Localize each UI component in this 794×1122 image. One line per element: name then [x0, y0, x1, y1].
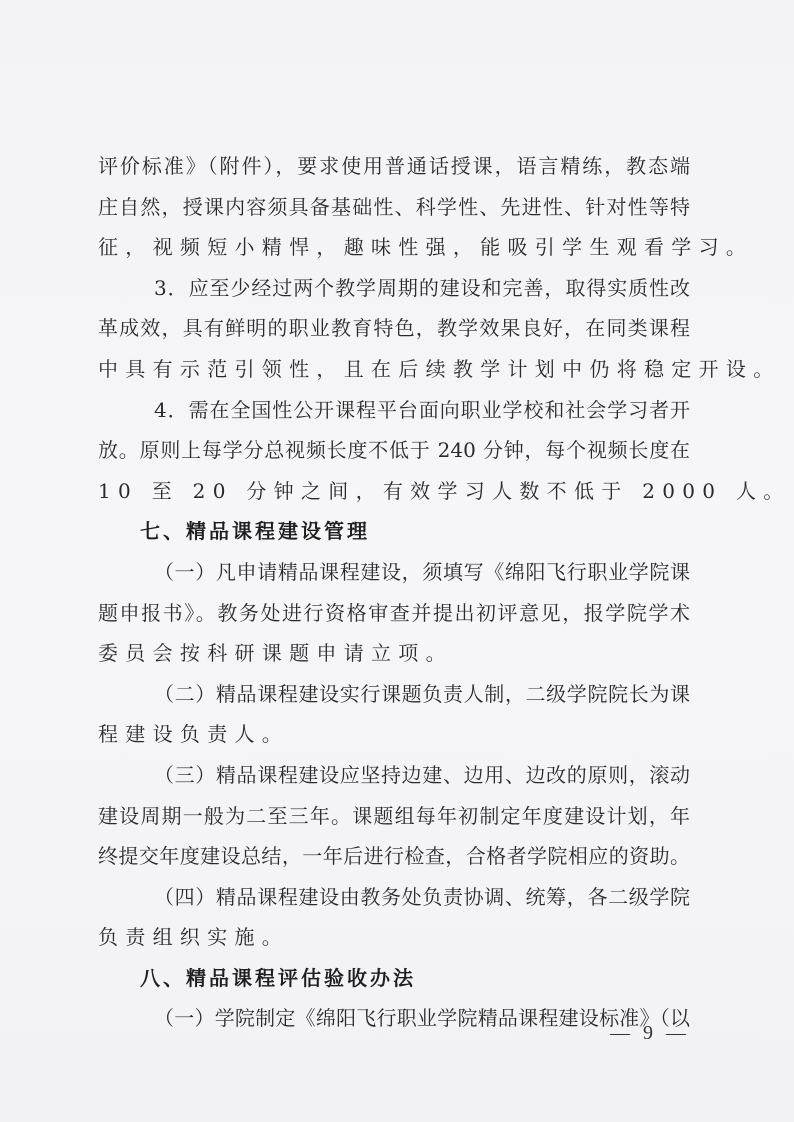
paragraph-line: （一）凡申请精品课程建设，须填写《绵阳飞行职业学院课 — [98, 552, 690, 593]
document-body: 评价标准》（附件），要求使用普通话授课，语言精练，教态端 庄自然，授课内容须具备… — [98, 146, 690, 1039]
paragraph-line: （四）精品课程建设由教务处负责协调、统筹，各二级学院 — [98, 877, 690, 918]
paragraph-line: 中具有示范引领性，且在后续教学计划中仍将稳定开设。 — [98, 349, 690, 390]
paragraph-line: 4．需在全国性公开课程平台面向职业学校和社会学习者开 — [98, 390, 690, 431]
paragraph-line: 题申报书》。教务处进行资格审查并提出初评意见，报学院学术 — [98, 593, 690, 634]
paragraph-line: （二）精品课程建设实行课题负责人制，二级学院院长为课 — [98, 674, 690, 715]
paragraph-line: 负责组织实施。 — [98, 917, 690, 958]
paragraph-line: （一）学院制定《绵阳飞行职业学院精品课程建设标准》（以 — [98, 998, 690, 1039]
section-heading-8: 八、精品课程评估验收办法 — [98, 958, 690, 999]
paragraph-line: 程建设负责人。 — [98, 714, 690, 755]
paragraph-line: 征，视频短小精悍，趣味性强，能吸引学生观看学习。 — [98, 227, 690, 268]
paragraph-line: 庄自然，授课内容须具备基础性、科学性、先进性、针对性等特 — [98, 187, 690, 228]
page-number: — 9 — — [610, 1022, 690, 1045]
paragraph-line: 放。原则上每学分总视频长度不低于 240 分钟，每个视频长度在 — [98, 430, 690, 471]
document-page: 评价标准》（附件），要求使用普通话授课，语言精练，教态端 庄自然，授课内容须具备… — [0, 0, 794, 1122]
paragraph-line: 评价标准》（附件），要求使用普通话授课，语言精练，教态端 — [98, 146, 690, 187]
section-heading-7: 七、精品课程建设管理 — [98, 511, 690, 552]
paragraph-line: 革成效，具有鲜明的职业教育特色，教学效果良好，在同类课程 — [98, 308, 690, 349]
paragraph-line: 建设周期一般为二至三年。课题组每年初制定年度建设计划，年 — [98, 796, 690, 837]
paragraph-line: 10 至 20 分钟之间，有效学习人数不低于 2000 人。 — [98, 471, 690, 512]
paragraph-line: 3．应至少经过两个教学周期的建设和完善，取得实质性改 — [98, 268, 690, 309]
paragraph-line: （三）精品课程建设应坚持边建、边用、边改的原则，滚动 — [98, 755, 690, 796]
paragraph-line: 委员会按科研课题申请立项。 — [98, 633, 690, 674]
paragraph-line: 终提交年度建设总结，一年后进行检查，合格者学院相应的资助。 — [98, 836, 690, 877]
